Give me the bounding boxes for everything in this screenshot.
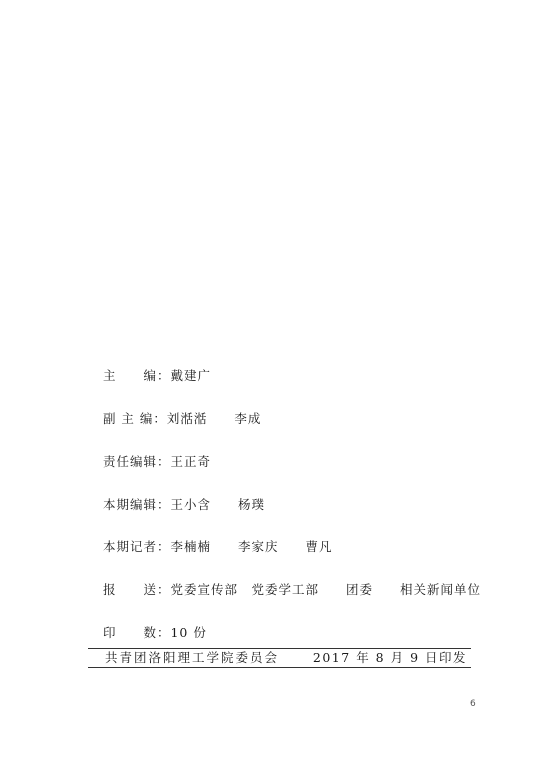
reporters-label: 本期记者：	[103, 539, 171, 555]
distribution-value: 党委宣传部 党委学工部 团委 相关新闻单位	[170, 582, 481, 597]
masthead-row-deputy-editor: 副 主 编：刘湉湉 李成	[93, 395, 261, 427]
issue-date: 2017 年 8 月 9 日印发	[313, 650, 467, 666]
masthead-row-print-count: 印 数：10 份	[93, 609, 207, 641]
issue-editor-label: 本期编辑：	[103, 497, 171, 513]
print-count-value: 10 份	[170, 625, 206, 640]
masthead-row-editor-in-chief: 主 编：戴建广	[93, 352, 211, 384]
distribution-label: 报 送：	[103, 582, 171, 598]
publication-footer: 共青团洛阳理工学院委员会 2017 年 8 月 9 日印发	[88, 648, 471, 668]
print-count-label: 印 数：	[103, 625, 171, 641]
masthead-row-distribution: 报 送：党委宣传部 党委学工部 团委 相关新闻单位	[93, 566, 481, 598]
responsible-editor-label: 责任编辑：	[103, 454, 171, 470]
deputy-editor-label: 副 主 编：	[103, 411, 167, 427]
editor-in-chief-label: 主 编：	[103, 368, 171, 384]
publishing-organization: 共青团洛阳理工学院委员会	[105, 650, 279, 666]
page-number: 6	[470, 699, 476, 709]
masthead-row-issue-editor: 本期编辑：王小含 杨璞	[93, 481, 265, 513]
deputy-editor-value: 刘湉湉 李成	[167, 411, 262, 426]
responsible-editor-value: 王正奇	[170, 454, 211, 469]
masthead-row-responsible-editor: 责任编辑：王正奇	[93, 438, 211, 470]
masthead-row-reporters: 本期记者：李楠楠 李家庆 曹凡	[93, 523, 332, 555]
editor-in-chief-value: 戴建广	[170, 368, 211, 383]
issue-editor-value: 王小含 杨璞	[170, 497, 265, 512]
reporters-value: 李楠楠 李家庆 曹凡	[170, 539, 332, 554]
